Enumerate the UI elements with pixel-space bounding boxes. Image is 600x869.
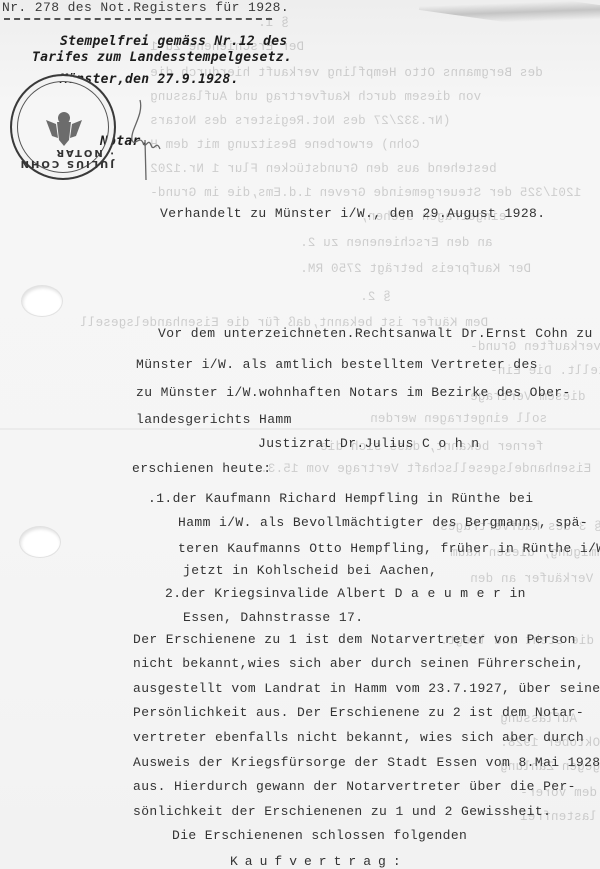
closing-line: Die Erschienenen schlossen folgenden [172,828,467,843]
punch-hole-top [22,286,62,316]
notary-seal: JULIUS COHN · NOTAR [10,74,116,180]
paragraph2-line1: Der Erschienene zu 1 ist dem Notarvertre… [133,632,576,647]
bleed-through-line: an den Erschienenen zu 2. [300,236,493,250]
bleed-through-line: (Nr.332/27 des Not.Registers des Notars [150,114,450,128]
bleed-through-line: Eisenhandelsgesellschaft Vertrage vom 15… [260,462,591,476]
register-reference: Nr. 278 des Not.Registers für 1928. [2,0,289,15]
bleed-through-line: vom Verkäufer an den [470,572,600,586]
contract-title: Kaufvertrag: [230,854,408,869]
dashed-divider [4,18,272,20]
document-page: § 1.Der Erschienene zu 1des Bergmanns Ot… [0,0,600,869]
stamp-exemption-line2: Tarifes zum Landesstempelgesetz. [32,50,292,65]
paragraph1-line1: Vor dem unterzeichneten.Rechtsanwalt Dr.… [158,326,593,341]
bleed-through-line: verkauften Grund- [470,340,600,354]
paragraph2-line6: Ausweis der Kriegsfürsorge der Stadt Ess… [133,755,600,770]
bleed-through-line: § 2. [360,290,391,304]
bleed-through-line: Cohn) erworbene Besitzung mit dem H [150,138,420,152]
party1-line1: .1.der Kaufmann Richard Hempfling in Rün… [148,491,533,506]
paragraph1-line2: Münster i/W. als amtlich bestelltem Vert… [136,357,538,372]
bleed-through-line: 1201/325 der Steuergemeinde Greven 1.d.E… [150,186,581,200]
party2-line1: 2.der Kriegsinvalide Albert D a e u m e … [165,586,526,601]
handwritten-signature [110,95,170,185]
place-and-date: Verhandelt zu Münster i/W., den 29.Augus… [160,206,545,221]
paragraph1-line3: zu Münster i/W.wohnhaften Notars im Bezi… [136,385,571,400]
paragraph2-line3: ausgestellt vom Landrat in Hamm vom 23.7… [133,681,600,696]
bleed-through-line: von diesem durch Kaufvertrag und Auflass… [150,90,481,104]
bleed-through-line: soll eingetragen werden [370,412,547,426]
paragraph2-line8: sönlichkeit der Erschienenen zu 1 und 2 … [133,804,551,819]
paragraph2-line4: Persönlichkeit aus. Der Erschienene zu 2… [133,705,584,720]
paragraph2-line2: nicht bekannt,wies sich aber durch seine… [133,656,584,671]
notary-name: Justizrat Dr.Julius C o h n [258,436,479,451]
paper-crease [0,428,600,430]
bleed-through-line: bestehend aus den Grundstücken Flur 1 Nr… [150,162,497,176]
bleed-through-line: Der Kaufpreis beträgt 2750 RM. [300,262,531,276]
punch-hole-bottom [20,527,60,557]
party1-line3: teren Kaufmanns Otto Hempfling, früher i… [178,541,600,556]
party1-line4: jetzt in Kohlscheid bei Aachen, [183,563,437,578]
paragraph2-line5: vertreter ebenfalls nicht bekannt, wies … [133,730,584,745]
appeared-today: erschienen heute: [132,461,271,476]
party2-line2: Essen, Dahnstrasse 17. [183,610,363,625]
party1-line2: Hamm i/W. als Bevollmächtigter des Bergm… [178,515,588,530]
eagle-emblem-icon [42,106,86,150]
paragraph2-line7: aus. Hierdurch gewann der Notarvertreter… [133,779,576,794]
paper-fold-shadow [419,0,600,38]
stamp-exemption-line1: Stempelfrei gemäss Nr.12 des [60,34,288,49]
paragraph1-line4: landesgerichts Hamm [136,412,292,427]
